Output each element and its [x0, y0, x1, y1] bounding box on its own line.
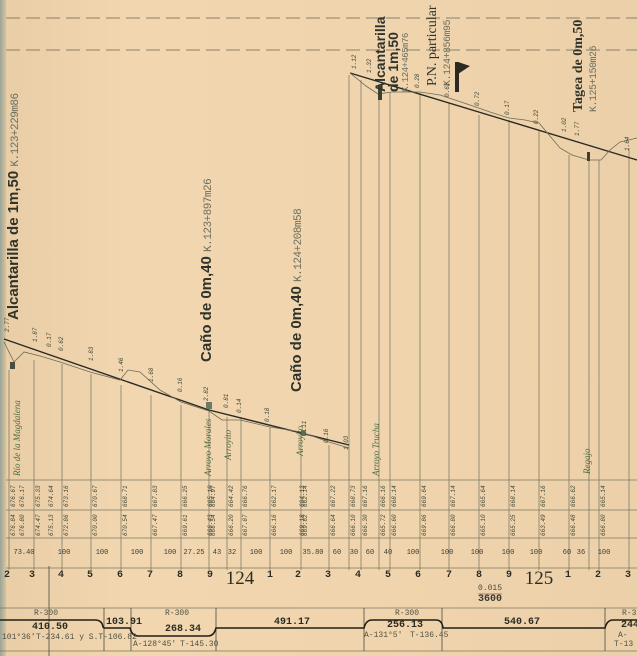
elevation-terreno: 666.80 [600, 514, 607, 536]
elevation-rasante: 668.73 [350, 485, 357, 507]
distance-value: 27.25 [183, 549, 204, 557]
stake-number: 3 [29, 570, 35, 581]
height-label: 1.87 [32, 328, 39, 342]
distance-value: 60 [333, 549, 341, 557]
elevation-terreno: 666.80 [450, 514, 457, 536]
height-label: 0.16 [323, 428, 330, 442]
curve-2-angle: A-128°45' [133, 640, 176, 649]
elevation-terreno: 675.13 [48, 514, 55, 536]
curve-3-angle: A-131°5' [364, 631, 402, 640]
elevation-terreno: 665.25 [510, 514, 517, 536]
stake-number: 5 [385, 570, 391, 581]
elevation-rasante: 664.97 [210, 485, 217, 507]
stake-number: 9 [207, 570, 213, 581]
ordinate-lines [9, 75, 629, 570]
elevation-rasante: 676.17 [19, 485, 26, 507]
distance-value: 100 [164, 549, 177, 557]
culvert-marker [206, 402, 212, 409]
stake-number: 8 [476, 570, 482, 581]
curve-4-radius: R-3 [622, 609, 636, 618]
elevation-rasante: 668.14 [391, 485, 398, 507]
height-label: 0.17 [46, 333, 53, 347]
stake-number: 3 [625, 570, 631, 581]
distance-value: 100 [407, 549, 420, 557]
elevation-terreno: 666.10 [350, 514, 357, 536]
stake-number: 3 [325, 570, 331, 581]
height-label: 0.17 [504, 100, 511, 114]
distance-value: 100 [250, 549, 263, 557]
distance-value: 73.40 [13, 549, 34, 557]
distance-value: 60 [563, 549, 571, 557]
elevation-rasante: 673.16 [63, 485, 70, 507]
height-label: 2.77 [4, 318, 11, 332]
structure-label-cano-1: Caño de 0m,40 K.123+897m26 [198, 179, 215, 362]
structure-label-pn: P.N. particular K.124+856m95 [426, 6, 456, 86]
profile-drawing [0, 0, 637, 656]
stake-number: 7 [147, 570, 153, 581]
stream-label: Arroyito [223, 430, 233, 460]
elevation-rasante: 674.64 [48, 485, 55, 507]
elevation-terreno: 666.20 [228, 514, 235, 536]
curve-1-radius: R-300 [34, 609, 58, 618]
structure-km: K.125+150m26 [589, 46, 600, 112]
culvert-marker [10, 362, 15, 369]
curve-4-length: 244 [621, 620, 637, 631]
elevation-terreno: 672.86 [63, 514, 70, 536]
stake-number: 1 [565, 570, 571, 581]
height-label: 0.62 [444, 82, 451, 96]
tangent-length: 103.91 [106, 617, 142, 628]
stake-number: 7 [446, 570, 452, 581]
height-label: 2.82 [203, 387, 210, 401]
elevation-terreno: 666.54 [210, 514, 217, 536]
height-label: 0.62 [58, 337, 65, 351]
stake-number: 9 [506, 570, 512, 581]
height-label: 0.16 [177, 378, 184, 392]
distance-value: 100 [280, 549, 293, 557]
stream-label: Río de la Magdalena [12, 400, 22, 476]
elevation-terreno: 667.87 [242, 514, 249, 536]
elevation-terreno: 666.48 [570, 514, 577, 536]
culvert-marker [587, 152, 590, 161]
tangent-length: 491.17 [274, 617, 310, 628]
elevation-terreno: 676.80 [19, 514, 26, 536]
stake-number: 2 [4, 570, 10, 581]
stake-number: 4 [58, 570, 64, 581]
structure-km: K.123+897m26 [203, 179, 215, 252]
curve-1-angle: 101°36' [2, 633, 36, 642]
elevation-terreno: 666.16 [271, 514, 278, 536]
elevation-terreno: 669.61 [182, 514, 189, 536]
height-label: 0.14 [236, 398, 243, 412]
stake-number: 6 [415, 570, 421, 581]
height-label: 1.68 [148, 368, 155, 382]
structure-name: Tagea de 0m,50 [571, 20, 586, 112]
structure-name: Caño de 0m,40 [288, 286, 305, 392]
gradient-length: 3600 [478, 594, 502, 605]
distance-value: 100 [598, 549, 611, 557]
stake-number: 1 [267, 570, 273, 581]
km-marker-125: 125 [525, 568, 554, 590]
elevation-rasante: 669.64 [421, 485, 428, 507]
elevation-rasante: 667.16 [540, 485, 547, 507]
elevation-rasante: 675.33 [35, 485, 42, 507]
elevation-terreno: 666.30 [362, 514, 369, 536]
stake-number: 2 [595, 570, 601, 581]
distance-value: 35.80 [302, 549, 323, 557]
elevation-rasante: 668.14 [510, 485, 517, 507]
structure-km: K.124+465m76 [400, 32, 413, 92]
stream-label: Regajo [582, 449, 592, 475]
stake-number: 4 [355, 570, 361, 581]
distance-value: 43 [213, 549, 221, 557]
elevation-rasante: 662.17 [271, 485, 278, 507]
distance-value: 40 [384, 549, 392, 557]
curve-2-radius: R-300 [165, 609, 189, 618]
distance-value: 100 [530, 549, 543, 557]
stake-number: 5 [87, 570, 93, 581]
height-label: 0.81 [223, 394, 230, 408]
elevation-rasante: 667.22 [330, 485, 337, 507]
stake-number: 8 [177, 570, 183, 581]
distance-value: 100 [96, 549, 109, 557]
stake-number: 2 [295, 570, 301, 581]
height-label: 0.11 [301, 421, 308, 435]
distance-value: 100 [58, 549, 71, 557]
curve-4-angle: A- [618, 631, 628, 640]
height-label: 1.32 [366, 59, 373, 73]
structure-label-tagea: Tagea de 0m,50 K.125+150m26 [572, 20, 602, 112]
distance-value: 100 [471, 549, 484, 557]
curve-2-length: 268.34 [165, 624, 201, 635]
elevation-rasante: 667.14 [450, 485, 457, 507]
distance-value: 30 [350, 549, 358, 557]
elevation-terreno: 665.10 [480, 514, 487, 536]
distance-value: 100 [502, 549, 515, 557]
elevation-rasante: 666.16 [380, 485, 387, 507]
elevation-terreno: 676.84 [10, 514, 17, 536]
elevation-terreno: 666.64 [330, 514, 337, 536]
structure-km: K.123+229m86 [10, 93, 22, 166]
tangent-length: 540.67 [504, 617, 540, 628]
height-label: 1.02 [561, 118, 568, 132]
curve-3-radius: R-300 [395, 609, 419, 618]
elevation-rasante: 670.67 [92, 485, 99, 507]
elevation-rasante: 665.14 [600, 485, 607, 507]
elevation-rasante: 662.14 [302, 485, 309, 507]
height-label: 1.46 [118, 357, 125, 371]
curve-1-length: 410.50 [32, 622, 68, 633]
distance-value: 32 [228, 549, 236, 557]
height-label: 1.64 [624, 137, 631, 151]
curve-3-tangent: T-136.45 [410, 631, 448, 640]
elevation-terreno: 665.72 [380, 514, 387, 536]
height-label: 0.72 [474, 91, 481, 105]
elevation-terreno: 669.62 [302, 514, 309, 536]
height-label: 1.12 [351, 54, 358, 68]
elevation-terreno: 667.47 [152, 514, 159, 536]
elevation-terreno: 670.00 [92, 514, 99, 536]
stake-number: 6 [117, 570, 123, 581]
elevation-rasante: 667.83 [152, 485, 159, 507]
curve-3-length: 256.13 [387, 620, 423, 631]
curve-4-tangent: T-13 [614, 640, 633, 649]
height-label: 1.77 [574, 122, 581, 136]
elevation-terreno: 663.49 [540, 514, 547, 536]
elevation-rasante: 666.76 [242, 485, 249, 507]
height-label: 0.18 [264, 408, 271, 422]
elevation-rasante: 665.64 [480, 485, 487, 507]
curve-2-tangent: T-145.30 [180, 640, 218, 649]
structure-km: K.124+208m58 [293, 209, 305, 282]
structure-label-alcantarilla-2: Alcantarilla de 1m,50 K.124+465m76 [374, 32, 413, 92]
elevation-rasante: 667.16 [362, 485, 369, 507]
stream-label: Arroyo Morales [203, 419, 213, 476]
structure-name: Alcantarilla de 1m,50 [5, 171, 22, 320]
distance-value: 100 [131, 549, 144, 557]
height-label: 0.22 [533, 109, 540, 123]
level-crossing-flag [458, 62, 470, 74]
distance-value: 36 [577, 549, 585, 557]
structure-name: P.N. particular [425, 6, 440, 86]
elevation-rasante: 676.67 [10, 485, 17, 507]
height-label: 1.83 [88, 347, 95, 361]
distance-value: 100 [441, 549, 454, 557]
elevation-terreno: 674.47 [35, 514, 42, 536]
elevation-terreno: 666.60 [391, 514, 398, 536]
height-label: 0.28 [414, 73, 421, 87]
elevation-terreno: 669.86 [421, 514, 428, 536]
km-marker-124: 124 [226, 568, 255, 590]
stream-label: Arroyo Trucha [371, 423, 381, 476]
elevation-rasante: 668.71 [122, 485, 129, 507]
structure-km: K.124+856m95 [443, 20, 454, 86]
curve-1-tangent: T-234.61 y S.T-106.82 [36, 633, 137, 642]
structure-label-cano-2: Caño de 0m,40 K.124+208m58 [288, 209, 305, 392]
distance-value: 60 [366, 549, 374, 557]
structure-label-alcantarilla-1: Alcantarilla de 1m,50 K.123+229m86 [5, 93, 22, 320]
elevation-rasante: 666.62 [570, 485, 577, 507]
height-label: 1.03 [343, 435, 350, 449]
structure-name: Caño de 0m,40 [198, 256, 215, 362]
gradient-value: 0.015 [478, 584, 502, 593]
elevation-terreno: 670.54 [122, 514, 129, 536]
elevation-rasante: 666.25 [182, 485, 189, 507]
elevation-rasante: 664.42 [228, 485, 235, 507]
